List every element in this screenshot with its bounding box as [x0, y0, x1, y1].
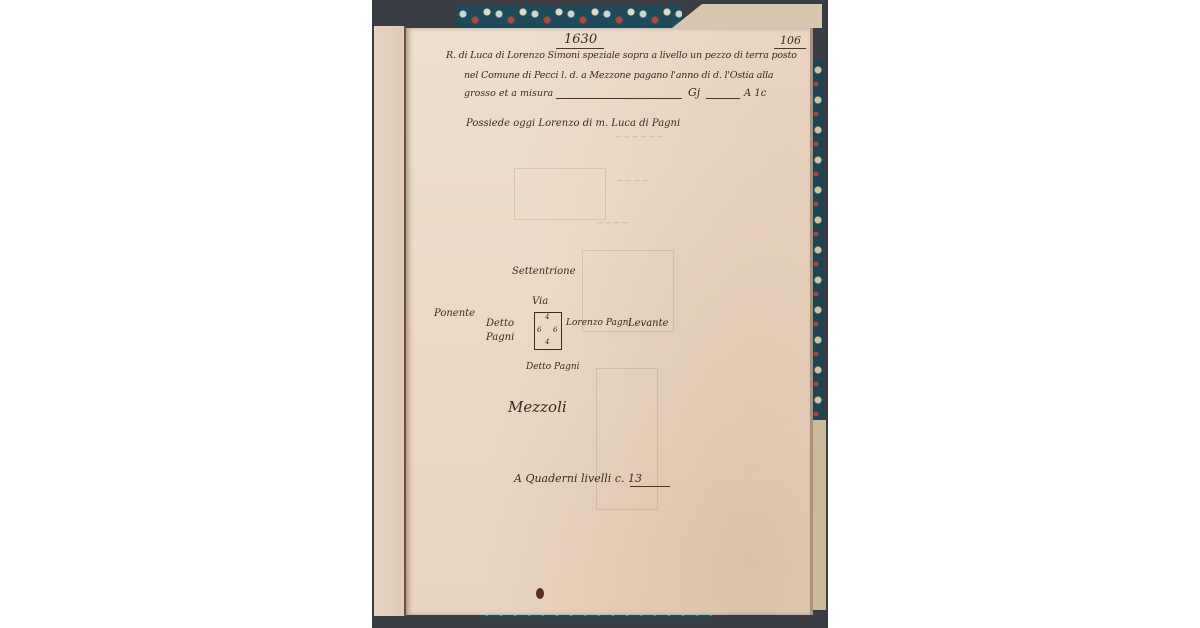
- heading-rule-2: [706, 98, 740, 99]
- heading-line-3: grosso et a misura: [464, 88, 553, 99]
- dimension-bottom: 4: [545, 338, 549, 346]
- bottom-neighbor: Detto Pagni: [526, 362, 580, 372]
- reference-underline: [630, 486, 670, 487]
- bleed-through-text: ~~~~: [616, 176, 650, 187]
- dimension-top: 4: [545, 313, 549, 321]
- heading-line-1: R. di Luca di Lorenzo Simoni speziale so…: [446, 50, 797, 61]
- owner-line: Possiede oggi Lorenzo di m. Luca di Pagn…: [466, 118, 680, 129]
- plot-outline: 4 6 6 4: [534, 312, 562, 350]
- vellum-cover-edge: [812, 420, 826, 610]
- decorative-cover-edge: [457, 6, 682, 28]
- north-label: Settentrione: [512, 266, 576, 277]
- folio-underline: [774, 48, 806, 49]
- reference-line: A Quaderni livelli c. 13: [514, 472, 642, 485]
- measure-label: Mezzoli: [508, 398, 567, 416]
- facing-page-edge: [374, 26, 406, 616]
- dimension-right: 6: [553, 326, 557, 334]
- east-label: Levante: [628, 318, 669, 329]
- year-label: 1630: [564, 32, 597, 47]
- bleed-through-sketch: [514, 168, 606, 220]
- decorative-cover-spine: [812, 60, 824, 420]
- heading-rule: [556, 98, 682, 99]
- heading-line-2: nel Comune di Pecci l. d. a Mezzone paga…: [464, 70, 773, 81]
- bleed-through-text: ~~~~~~: [614, 132, 664, 143]
- left-neighbor-line-1: Detto: [486, 318, 514, 329]
- right-neighbor: Lorenzo Pagni: [566, 318, 631, 328]
- top-neighbor: Via: [532, 296, 548, 307]
- west-label: Ponente: [434, 308, 475, 319]
- year-underline: [556, 48, 604, 49]
- dimension-left: 6: [537, 326, 541, 334]
- vellum-cover-flap: [672, 4, 822, 28]
- bleed-through-sketch: [596, 368, 658, 510]
- heading-suffix: Gj: [688, 86, 700, 99]
- bleed-through-text: ~~~~: [596, 218, 630, 229]
- ink-stain: [536, 588, 544, 599]
- manuscript-page: 1630 106 R. di Luca di Lorenzo Simoni sp…: [406, 28, 813, 615]
- folio-number: 106: [780, 34, 801, 47]
- heading-amount: A 1c: [744, 88, 766, 99]
- document-scan: 1630 106 R. di Luca di Lorenzo Simoni sp…: [372, 0, 828, 628]
- left-neighbor-line-2: Pagni: [486, 332, 514, 343]
